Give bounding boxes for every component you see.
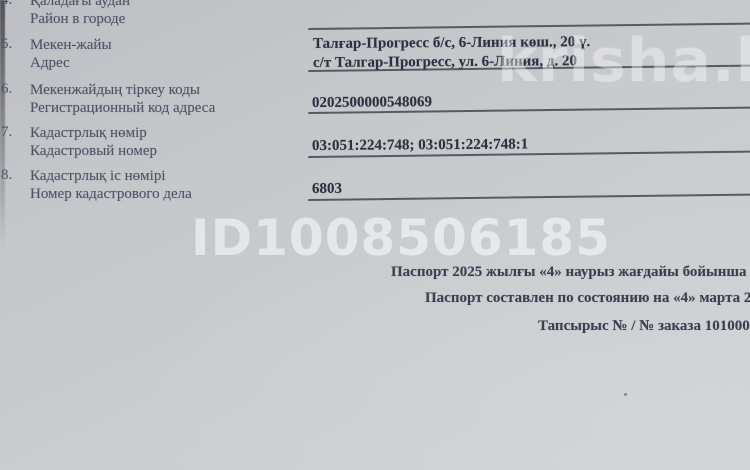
field-number: 4.	[1, 0, 25, 9]
document-photo: 4. Қаладағы аудан Район в городе 5. Меке…	[0, 0, 750, 470]
field-label-kk: Кадастрлық іс нөмірі	[30, 167, 310, 185]
field-label-ru: Район в городе	[30, 10, 310, 28]
field-label: Қаладағы аудан Район в городе	[30, 0, 310, 28]
footer-line-kk: Паспорт 2025 жылғы «4» наурыз жағдайы бо…	[391, 264, 747, 281]
field-label: Мекенжайдың тіркеу коды Регистрационный …	[30, 81, 310, 117]
field-label: Мекен-жайы Адрес	[30, 36, 310, 72]
registration-code-value: 0202500000548069	[312, 94, 432, 112]
listing-id-watermark: ID1008506185	[191, 209, 611, 267]
field-label-kk: Қаладағы аудан	[30, 0, 310, 10]
field-label-ru: Адрес	[30, 54, 310, 72]
field-number: 5.	[1, 36, 25, 53]
field-number: 6.	[1, 81, 25, 98]
footer-line-ru: Паспорт составлен по состоянию на «4» ма…	[425, 290, 750, 307]
field-label: Кадастрлық іс нөмірі Номер кадастрового …	[30, 167, 310, 203]
field-label-ru: Регистрационный код адреса	[30, 99, 310, 117]
field-label: Кадастрлық нөмір Кадастровый номер	[30, 124, 310, 160]
field-label-ru: Кадастровый номер	[30, 142, 310, 160]
field-number: 8.	[1, 167, 25, 184]
field-label-ru: Номер кадастрового дела	[30, 185, 310, 203]
case-number-value: 6803	[312, 181, 342, 198]
cadastral-number-value: 03:051:224:748; 03:051:224:748:1	[312, 136, 528, 155]
footer-order-line: Тапсырыс № / № заказа 1010001	[538, 318, 750, 335]
field-label-kk: Кадастрлық нөмір	[30, 124, 310, 142]
field-label-kk: Мекен-жайы	[30, 36, 310, 54]
krisha-kz-watermark: krisha.kz	[497, 26, 750, 96]
rule-case-number	[308, 194, 750, 201]
field-label-kk: Мекенжайдың тіркеу коды	[30, 81, 310, 99]
field-number: 7.	[1, 124, 25, 141]
paper-speck	[624, 393, 627, 396]
